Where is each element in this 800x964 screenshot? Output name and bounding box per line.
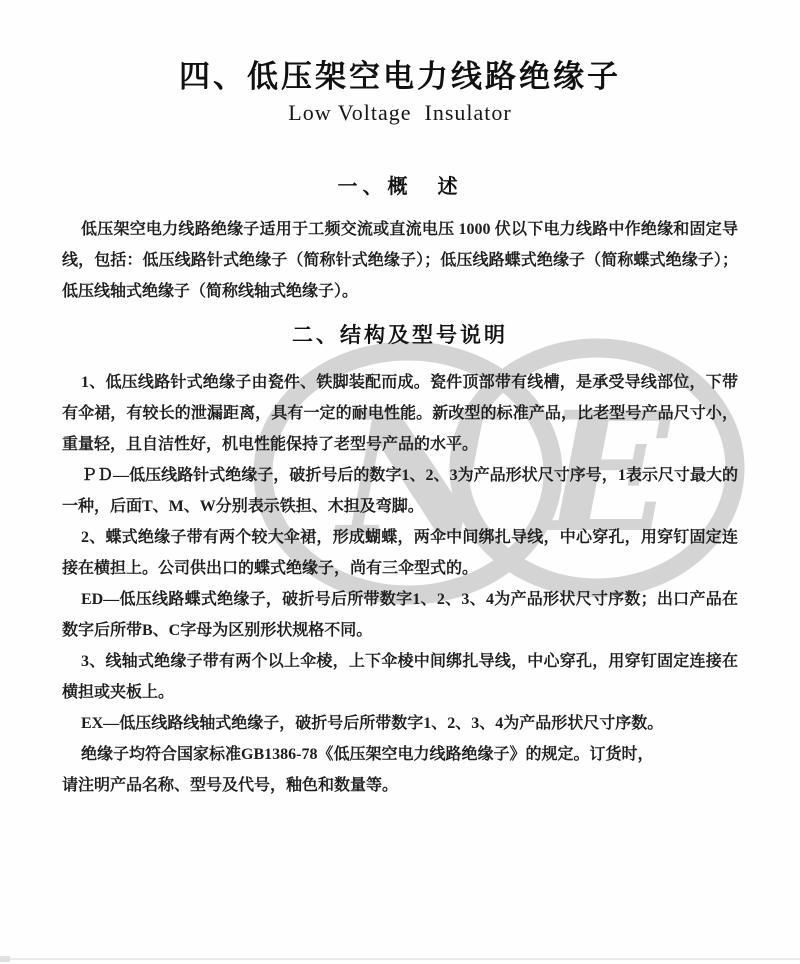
section-structure-models: 二、结构及型号说明 1、低压线路针式绝缘子由瓷件、铁脚装配而成。瓷件顶部带有线槽…: [62, 320, 738, 801]
para-pin-structure: 1、低压线路针式绝缘子由瓷件、铁脚装配而成。瓷件顶部带有线槽，是承受导线部位，下…: [62, 367, 738, 460]
section-structure-heading: 二、结构及型号说明: [62, 320, 738, 350]
para-order-note: 请注明产品名称、型号及代号，釉色和数量等。: [62, 770, 738, 801]
para-ex-code: EX—低压线路线轴式绝缘子，破折号后所带数字1、2、3、4为产品形状尺寸序数。: [62, 708, 738, 739]
scan-edge-corner: [0, 956, 10, 962]
section-overview-heading: 一、概 述: [62, 173, 738, 201]
section-overview: 一、概 述 低压架空电力线路绝缘子适用于工频交流或直流电压 1000 伏以下电力…: [62, 173, 738, 307]
document-page: N E 四、低压架空电力线路绝缘子 Low Voltage Insulator …: [0, 0, 800, 964]
para-standard-note: 绝缘子均符合国家标准GB1386-78《低压架空电力线路绝缘子》的规定。订货时，: [62, 739, 738, 770]
scan-edge-line: [0, 958, 800, 960]
page-title: 四、低压架空电力线路绝缘子: [62, 56, 738, 98]
para-butterfly-structure: 2、蝶式绝缘子带有两个较大伞裙，形成蝴蝶，两伞中间绑扎导线，中心穿孔，用穿钉固定…: [62, 522, 738, 584]
para-spool-structure: 3、线轴式绝缘子带有两个以上伞棱，上下伞棱中间绑扎导线，中心穿孔，用穿钉固定连接…: [62, 646, 738, 708]
overview-paragraph: 低压架空电力线路绝缘子适用于工频交流或直流电压 1000 伏以下电力线路中作绝缘…: [62, 214, 738, 307]
page-subtitle-en: Low Voltage Insulator: [62, 98, 738, 128]
para-pd-code: ＰＤ—低压线路针式绝缘子，破折号后的数字1、2、3为产品形状尺寸序号，1表示尺寸…: [62, 460, 738, 522]
para-ed-code: ED—低压线路蝶式绝缘子，破折号后所带数字1、2、3、4为产品形状尺寸序数；出口…: [62, 584, 738, 646]
document-content: 四、低压架空电力线路绝缘子 Low Voltage Insulator 一、概 …: [0, 0, 800, 801]
